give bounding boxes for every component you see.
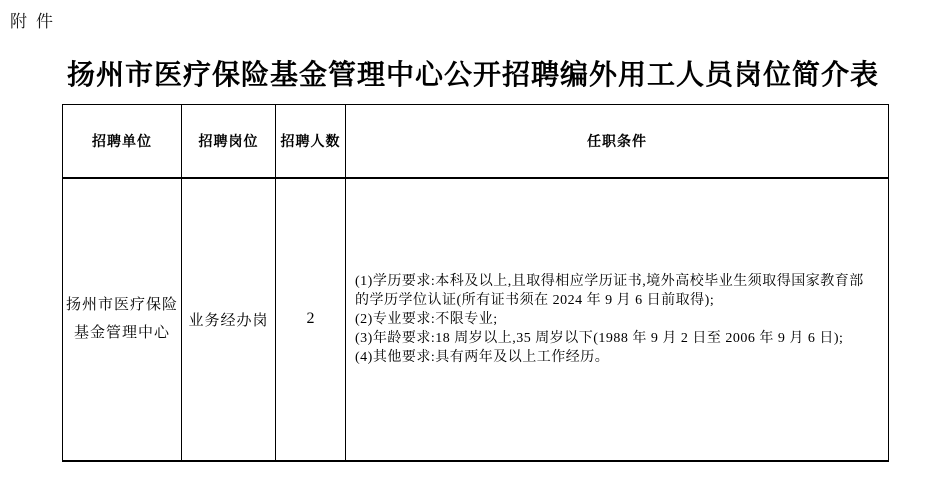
recruiting-unit-name: 扬州市医疗保险基金管理中心 xyxy=(66,291,178,347)
page-title: 扬州市医疗保险基金管理中心公开招聘编外用工人员岗位简介表 xyxy=(0,53,946,93)
requirement-age: (3)年龄要求:18 周岁以上,35 周岁以下(1988 年 9 月 2 日至 … xyxy=(355,329,876,348)
cell-job-requirements: (1)学历要求:本科及以上,且取得相应学历证书,境外高校毕业生须取得国家教育部的… xyxy=(346,178,889,461)
cell-headcount: 2 xyxy=(276,178,346,461)
cell-recruiting-unit: 扬州市医疗保险基金管理中心 xyxy=(63,178,182,461)
requirement-other: (4)其他要求:具有两年及以上工作经历。 xyxy=(355,348,876,367)
table-header-row: 招聘单位 招聘岗位 招聘人数 任职条件 xyxy=(63,105,889,178)
cell-recruiting-position: 业务经办岗 xyxy=(182,178,276,461)
header-job-requirements: 任职条件 xyxy=(346,105,889,178)
header-recruiting-position: 招聘岗位 xyxy=(182,105,276,178)
requirement-major: (2)专业要求:不限专业; xyxy=(355,310,876,329)
requirement-education: (1)学历要求:本科及以上,且取得相应学历证书,境外高校毕业生须取得国家教育部的… xyxy=(355,272,876,310)
header-headcount: 招聘人数 xyxy=(276,105,346,178)
document-page: 附件 扬州市医疗保险基金管理中心公开招聘编外用工人员岗位简介表 招聘单位 招聘岗… xyxy=(0,0,946,499)
table-row: 扬州市医疗保险基金管理中心 业务经办岗 2 (1)学历要求:本科及以上,且取得相… xyxy=(63,178,889,461)
attachment-label: 附件 xyxy=(10,7,62,32)
header-recruiting-unit: 招聘单位 xyxy=(63,105,182,178)
job-table: 招聘单位 招聘岗位 招聘人数 任职条件 扬州市医疗保险基金管理中心 业务经办岗 … xyxy=(62,104,889,462)
